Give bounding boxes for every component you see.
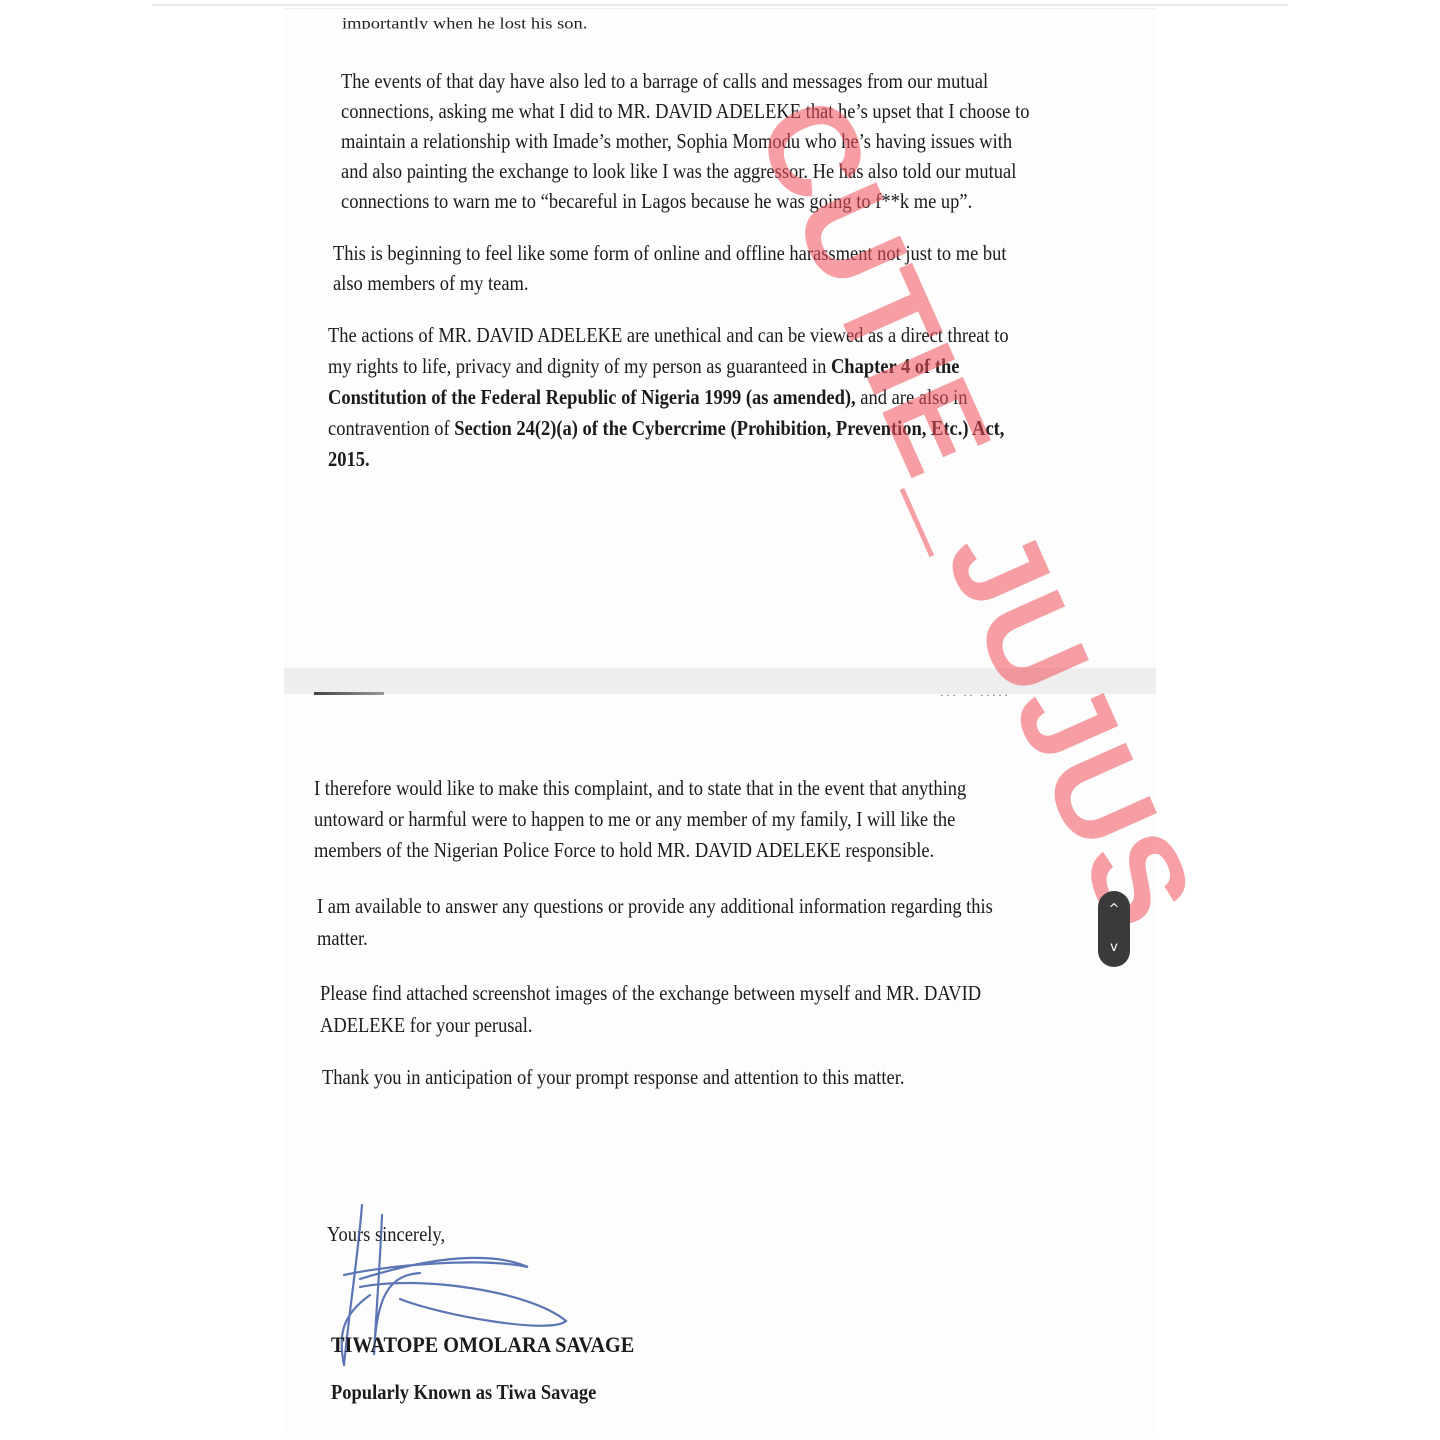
text-line: maintain a relationship with Imade’s mot…	[341, 126, 1029, 156]
text-line: I am available to answer any questions o…	[317, 890, 993, 922]
text-line: connections to warn me to “becareful in …	[341, 186, 1029, 216]
chevron-up-icon[interactable]: ^	[1109, 903, 1120, 917]
signatory-aka: Popularly Known as Tiwa Savage	[331, 1380, 596, 1405]
paragraph-events: The events of that day have also led to …	[341, 66, 1029, 216]
text-line: Constitution of the Federal Republic of …	[328, 382, 1009, 413]
paragraph-actions: The actions of MR. DAVID ADELEKE are une…	[328, 320, 1009, 475]
legal-reference: Constitution of the Federal Republic of …	[328, 385, 856, 409]
paragraph-thanks: Thank you in anticipation of your prompt…	[322, 1062, 905, 1092]
text-line: The actions of MR. DAVID ADELEKE are une…	[328, 320, 1009, 351]
paragraph-harassment: This is beginning to feel like some form…	[333, 238, 1007, 298]
page-break	[284, 668, 1156, 694]
paragraph-complaint: I therefore would like to make this comp…	[314, 773, 966, 866]
page-top-rule	[314, 692, 384, 695]
text-line: contravention of Section 24(2)(a) of the…	[328, 413, 1009, 444]
text-segment: contravention of	[328, 416, 454, 440]
text-line: ADELEKE for your perusal.	[320, 1009, 981, 1041]
text-line: matter.	[317, 922, 993, 954]
text-line: also members of my team.	[333, 268, 1007, 298]
legal-reference: 2015.	[328, 447, 370, 471]
faint-header-text: ··· ·· ·····	[940, 688, 1010, 703]
cut-off-line: importantly when he lost his son.	[342, 14, 587, 29]
text-line: Please find attached screenshot images o…	[320, 977, 981, 1009]
text-line: I therefore would like to make this comp…	[314, 773, 966, 804]
paragraph-attached: Please find attached screenshot images o…	[320, 977, 981, 1041]
text-line: This is beginning to feel like some form…	[333, 238, 1007, 268]
signatory-name: TIWATOPE OMOLARA SAVAGE	[331, 1332, 634, 1358]
paragraph-available: I am available to answer any questions o…	[317, 890, 993, 954]
text-line: 2015.	[328, 444, 1009, 475]
text-segment: and are also in	[856, 385, 968, 409]
top-divider	[152, 4, 1288, 6]
page-scroller[interactable]: ^ v	[1098, 891, 1130, 967]
legal-reference: Section 24(2)(a) of the Cybercrime (Proh…	[454, 416, 1004, 440]
text-line: The events of that day have also led to …	[341, 66, 1029, 96]
text-line: Thank you in anticipation of your prompt…	[322, 1062, 905, 1092]
text-line: and also painting the exchange to look l…	[341, 156, 1029, 186]
text-line: connections, asking me what I did to MR.…	[341, 96, 1029, 126]
text-line: untoward or harmful were to happen to me…	[314, 804, 966, 835]
text-segment: my rights to life, privacy and dignity o…	[328, 354, 831, 378]
legal-reference: Chapter 4 of the	[831, 354, 959, 378]
text-line: members of the Nigerian Police Force to …	[314, 835, 966, 866]
chevron-down-icon[interactable]: v	[1110, 941, 1118, 955]
text-line: my rights to life, privacy and dignity o…	[328, 351, 1009, 382]
